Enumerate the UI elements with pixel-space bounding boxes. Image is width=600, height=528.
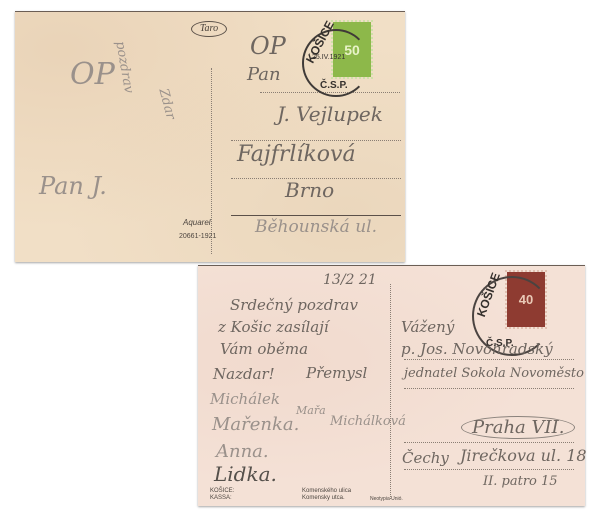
address-line bbox=[231, 140, 401, 141]
address-line-2: J. Vejlupek bbox=[277, 102, 383, 126]
address-line-7: II. patro 15 bbox=[483, 474, 558, 489]
signature-4: Mařenka. bbox=[212, 414, 299, 435]
signature-5: Michálková bbox=[330, 414, 406, 429]
footer-printer: Neotypia Unió. bbox=[370, 496, 403, 502]
address-line-3: Fajfrlíková bbox=[237, 142, 356, 167]
message-line-3: Vám oběma bbox=[220, 340, 308, 358]
message-line-4: Nazdar! bbox=[213, 365, 275, 383]
postmark-date: 25.IV.1921 bbox=[312, 54, 345, 61]
postcard-bottom: 40 KOŠICE Č.S.P. 13/2 21 Srdečný pozdrav… bbox=[198, 265, 585, 506]
handwriting-op-left: OP bbox=[70, 57, 115, 92]
address-line-6: Jirečkova ul. 18 bbox=[460, 446, 587, 465]
address-line-3: jednatel Sokola Novoměsto bbox=[404, 366, 584, 381]
signature-3: Mařa bbox=[296, 404, 326, 417]
footer-city-1: KOŠICE: bbox=[210, 488, 234, 494]
handwriting-vertical: pozdrav bbox=[112, 40, 136, 94]
handwriting-op: OP bbox=[250, 32, 286, 60]
message-line-1: Srdečný pozdrav bbox=[230, 296, 358, 314]
signature-1: Přemysl bbox=[306, 364, 367, 382]
address-line-5: Běhounská ul. bbox=[255, 217, 377, 237]
divider-line bbox=[211, 68, 212, 254]
signature-6: Anna. bbox=[216, 441, 269, 462]
publisher-logo: Taro bbox=[191, 21, 227, 37]
address-line-1: Vážený bbox=[401, 318, 454, 336]
address-line bbox=[404, 442, 574, 443]
address-line-2: p. Jos. Novohradský bbox=[401, 340, 553, 358]
message-line-2: z Košic zasílají bbox=[218, 318, 329, 336]
footer-street-1: Komenského ulica bbox=[302, 488, 351, 494]
address-line-5: Čechy bbox=[402, 449, 449, 467]
date-note: 13/2 21 bbox=[323, 272, 377, 288]
handwriting-pan: Pan J. bbox=[39, 172, 107, 200]
handwriting-vertical-2: Zdar bbox=[156, 87, 179, 121]
postcard-top: Taro 50 KOŠICE 25.IV.1921 Č.S.P. OP Pan … bbox=[15, 11, 405, 262]
postmark-suffix: Č.S.P. bbox=[320, 80, 348, 91]
address-line bbox=[404, 388, 574, 389]
address-line bbox=[404, 469, 574, 470]
footer-city-2: KASSA: bbox=[210, 495, 232, 501]
signature-2: Michálek bbox=[210, 390, 280, 408]
address-line bbox=[404, 359, 574, 360]
address-line-1: Pan bbox=[247, 64, 281, 85]
signature-7: Lidka. bbox=[214, 462, 277, 486]
printed-number: 20661-1921 bbox=[179, 233, 216, 240]
printed-caption: Aquarel bbox=[183, 218, 211, 227]
address-line-4: Brno bbox=[285, 178, 334, 202]
address-line bbox=[231, 215, 401, 216]
footer-street-2: Komensky utca. bbox=[302, 495, 345, 501]
address-line-4: Praha VII. bbox=[461, 416, 575, 439]
divider-line bbox=[390, 284, 391, 499]
